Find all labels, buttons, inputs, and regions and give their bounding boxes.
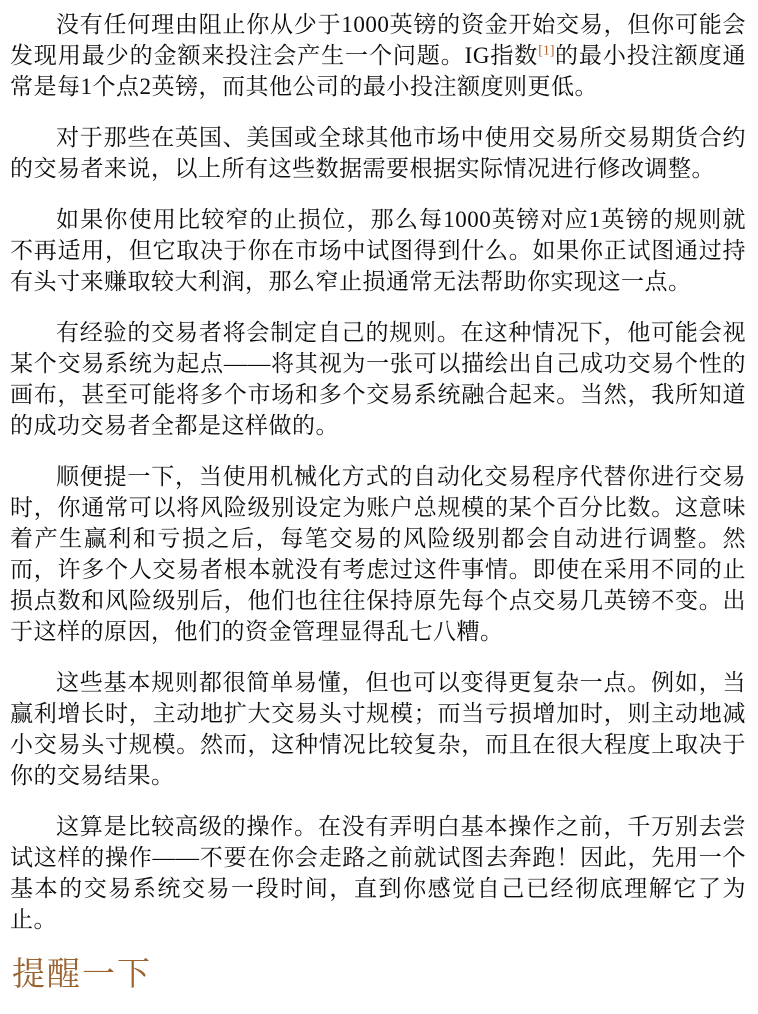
footnote-ref-1[interactable]: [1] [538, 43, 554, 58]
paragraph: 有经验的交易者将会制定自己的规则。在这种情况下，他可能会视某个交易系统为起点——… [10, 317, 746, 441]
paragraph: 顺便提一下，当使用机械化方式的自动化交易程序代替你进行交易时，你通常可以将风险级… [10, 461, 746, 647]
paragraph: 这些基本规则都很简单易懂，但也可以变得更复杂一点。例如，当赢利增长时，主动地扩大… [10, 667, 746, 791]
paragraph: 如果你使用比较窄的止损位，那么每1000英镑对应1英镑的规则就不再适用，但它取决… [10, 204, 746, 297]
paragraph: 这算是比较高级的操作。在没有弄明白基本操作之前，千万别去尝试这样的操作——不要在… [10, 811, 746, 935]
section-heading: 提醒一下 [12, 955, 746, 995]
book-page: 没有任何理由阻止你从少于1000英镑的资金开始交易，但你可能会发现用最少的金额来… [0, 0, 758, 1014]
paragraph: 对于那些在英国、美国或全球其他市场中使用交易所交易期货合约的交易者来说，以上所有… [10, 122, 746, 184]
paragraph: 没有任何理由阻止你从少于1000英镑的资金开始交易，但你可能会发现用最少的金额来… [10, 9, 746, 102]
